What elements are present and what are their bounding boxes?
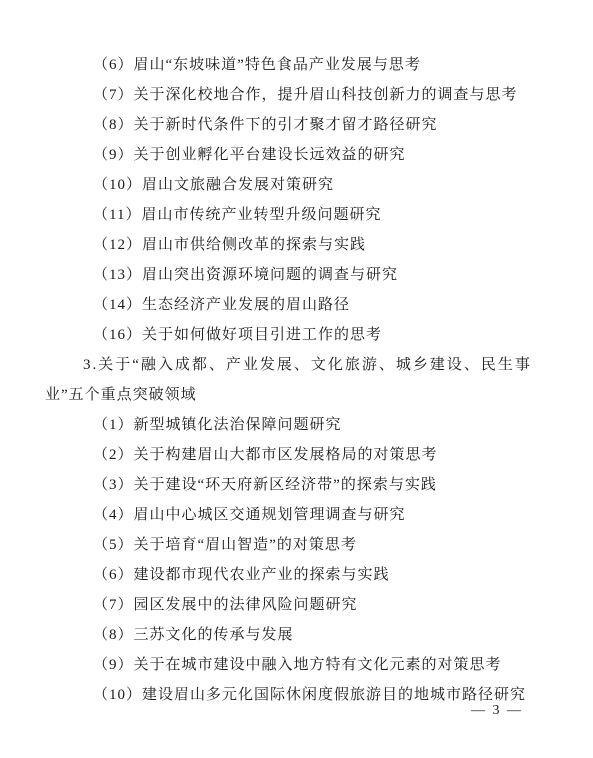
list-item: （2）关于构建眉山大都市区发展格局的对策思考	[45, 440, 555, 470]
list-item: （8）三苏文化的传承与发展	[45, 620, 555, 650]
document-page: （6）眉山“东坡味道”特色食品产业发展与思考 （7）关于深化校地合作，提升眉山科…	[0, 0, 593, 758]
document-body: （6）眉山“东坡味道”特色食品产业发展与思考 （7）关于深化校地合作，提升眉山科…	[45, 50, 555, 710]
list-item: （6）建设都市现代农业产业的探索与实践	[45, 560, 555, 590]
list-item: （12）眉山市供给侧改革的探索与实践	[45, 230, 555, 260]
section-heading-line-1: 3.关于“融入成都、产业发展、文化旅游、城乡建设、民生事	[45, 350, 555, 380]
section-heading-line-2: 业”五个重点突破领域	[45, 380, 555, 410]
list-item: （4）眉山中心城区交通规划管理调查与研究	[45, 500, 555, 530]
list-item: （7）关于深化校地合作，提升眉山科技创新力的调查与思考	[45, 80, 555, 110]
list-item: （9）关于在城市建设中融入地方特有文化元素的对策思考	[45, 650, 555, 680]
page-number: — 3 —	[471, 702, 523, 720]
list-item: （16）关于如何做好项目引进工作的思考	[45, 320, 555, 350]
list-item: （7）园区发展中的法律风险问题研究	[45, 590, 555, 620]
list-item: （10）眉山文旅融合发展对策研究	[45, 170, 555, 200]
list-item: （8）关于新时代条件下的引才聚才留才路径研究	[45, 110, 555, 140]
list-item: （14）生态经济产业发展的眉山路径	[45, 290, 555, 320]
list-item: （6）眉山“东坡味道”特色食品产业发展与思考	[45, 50, 555, 80]
list-item: （11）眉山市传统产业转型升级问题研究	[45, 200, 555, 230]
list-item: （3）关于建设“环天府新区经济带”的探索与实践	[45, 470, 555, 500]
list-item: （5）关于培育“眉山智造”的对策思考	[45, 530, 555, 560]
list-item: （13）眉山突出资源环境问题的调查与研究	[45, 260, 555, 290]
list-item: （1）新型城镇化法治保障问题研究	[45, 410, 555, 440]
list-item: （9）关于创业孵化平台建设长远效益的研究	[45, 140, 555, 170]
